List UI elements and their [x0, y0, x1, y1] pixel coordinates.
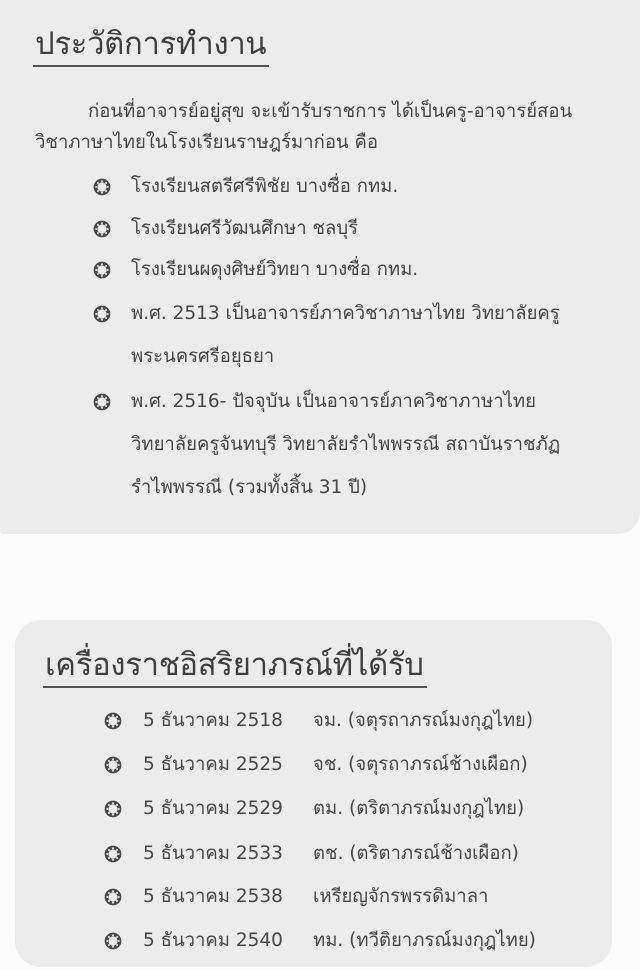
decoration-row: 5 ธันวาคม 2540 ทม. (ทวีติยาภรณ์มงกุฎไทย) [0, 926, 640, 956]
decoration-name: ทม. (ทวีติยาภรณ์มงกุฎไทย) [313, 926, 536, 956]
decoration-name: จม. (จตุรถาภรณ์มงกุฎไทย) [313, 706, 533, 736]
work-history-title: ประวัติการทำงาน [35, 24, 266, 64]
decoration-row: 5 ธันวาคม 2538 เหรียญจักรพรรดิมาลา [0, 882, 640, 912]
decoration-row: 5 ธันวาคม 2518 จม. (จตุรถาภรณ์มงกุฎไทย) [0, 706, 640, 736]
work-history-item-continuation: วิทยาลัยครูจันทบุรี วิทยาลัยรำไพพรรณี สถ… [131, 430, 560, 460]
document-page: ประวัติการทำงาน ก่อนที่อาจารย์อยู่สุข จะ… [0, 0, 640, 970]
flower-ring-icon [93, 393, 111, 411]
work-history-item: โรงเรียนสตรีศรีพิชัย บางซื่อ กทม. [131, 172, 398, 202]
decoration-date: 5 ธันวาคม 2538 [143, 882, 283, 912]
decoration-date: 5 ธันวาคม 2525 [143, 750, 283, 780]
decoration-date: 5 ธันวาคม 2540 [143, 926, 283, 956]
royal-decorations-title-text: เครื่องราชอิสริยาภรณ์ที่ได้รับ [45, 647, 424, 683]
work-history-title-text: ประวัติการทำงาน [35, 26, 266, 62]
work-history-item-continuation: พระนครศรีอยุธยา [131, 342, 274, 372]
flower-ring-icon [93, 220, 111, 238]
decoration-name: จช. (จตุรถาภรณ์ช้างเผือก) [313, 750, 528, 780]
flower-ring-icon [104, 800, 122, 818]
flower-ring-icon [104, 712, 122, 730]
decoration-date: 5 ธันวาคม 2529 [143, 794, 283, 824]
title-underline [33, 65, 269, 67]
royal-decorations-title: เครื่องราชอิสริยาภรณ์ที่ได้รับ [45, 645, 424, 685]
flower-ring-icon [93, 261, 111, 279]
decoration-name: เหรียญจักรพรรดิมาลา [313, 882, 488, 912]
decoration-row: 5 ธันวาคม 2533 ตช. (ตริตาภรณ์ช้างเผือก) [0, 839, 640, 869]
flower-ring-icon [104, 756, 122, 774]
flower-ring-icon [104, 932, 122, 950]
work-history-item: พ.ศ. 2516- ปัจจุบัน เป็นอาจารย์ภาควิชาภา… [131, 387, 536, 417]
work-history-item-continuation: รำไพพรรณี (รวมทั้งสิ้น 31 ปี) [131, 473, 367, 503]
decoration-date: 5 ธันวาคม 2518 [143, 706, 283, 736]
decoration-date: 5 ธันวาคม 2533 [143, 839, 283, 869]
work-history-item: โรงเรียนผดุงศิษย์วิทยา บางซื่อ กทม. [131, 255, 418, 285]
intro-line-1: ก่อนที่อาจารย์อยู่สุข จะเข้ารับราชการ ได… [88, 97, 572, 127]
decoration-name: ตช. (ตริตาภรณ์ช้างเผือก) [313, 839, 519, 869]
decoration-row: 5 ธันวาคม 2529 ตม. (ตริตาภรณ์มงกุฎไทย) [0, 794, 640, 824]
flower-ring-icon [93, 178, 111, 196]
title-underline [43, 686, 427, 688]
flower-ring-icon [104, 845, 122, 863]
flower-ring-icon [104, 888, 122, 906]
intro-line-2: วิชาภาษาไทยในโรงเรียนราษฎร์มาก่อน คือ [35, 128, 378, 158]
flower-ring-icon [93, 305, 111, 323]
decoration-row: 5 ธันวาคม 2525 จช. (จตุรถาภรณ์ช้างเผือก) [0, 750, 640, 780]
work-history-item: พ.ศ. 2513 เป็นอาจารย์ภาควิชาภาษาไทย วิทย… [131, 299, 560, 329]
work-history-item: โรงเรียนศรีวัฒนศึกษา ชลบุรี [131, 214, 358, 244]
decoration-name: ตม. (ตริตาภรณ์มงกุฎไทย) [313, 794, 524, 824]
